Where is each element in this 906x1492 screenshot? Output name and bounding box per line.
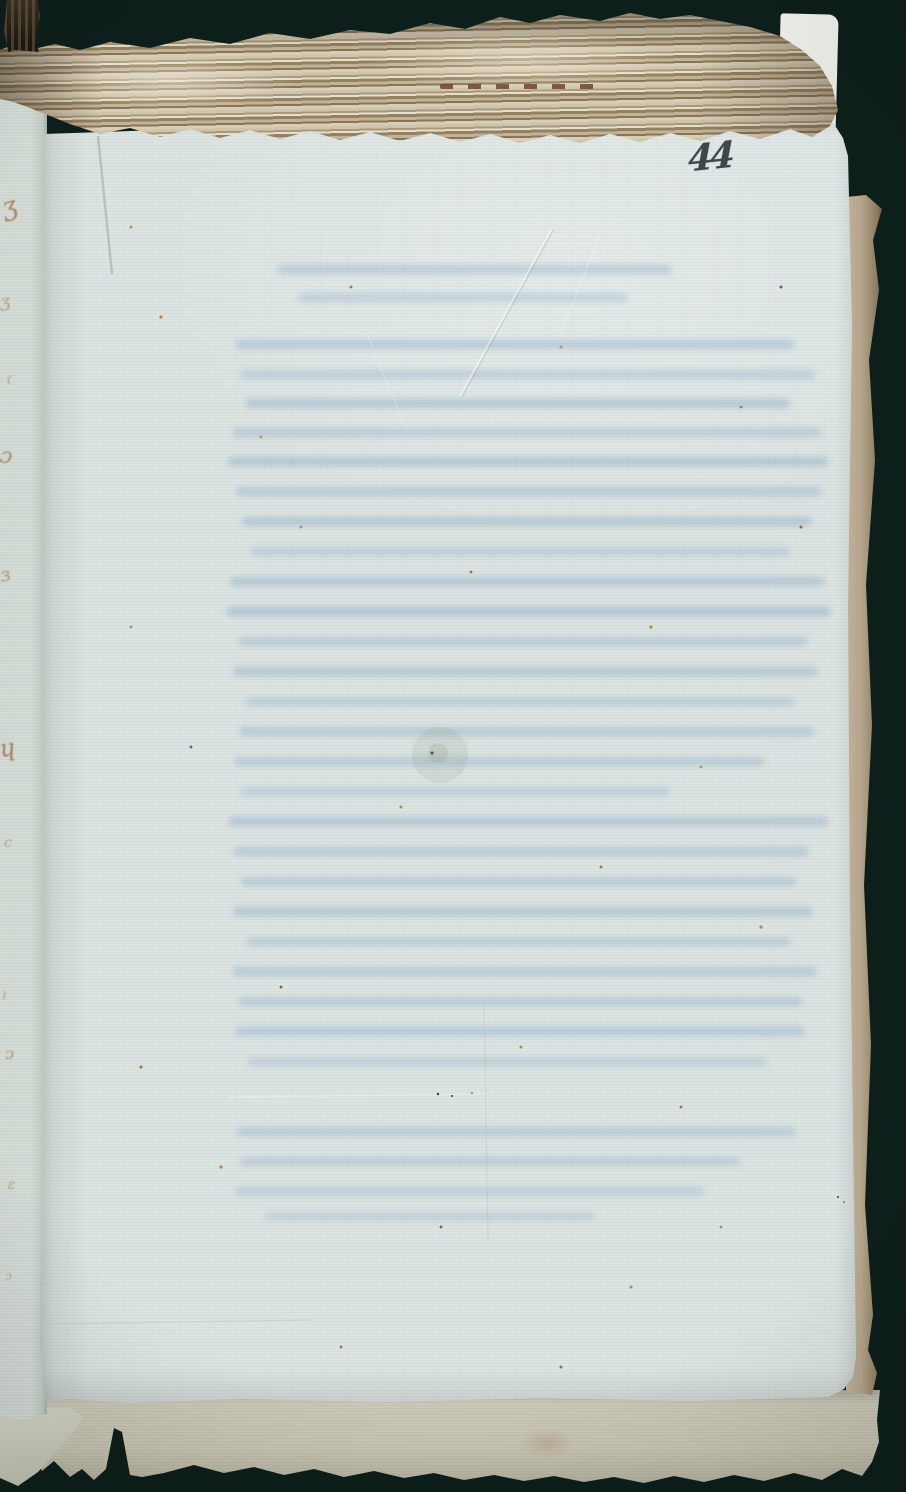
margin-ink-mark: ɜ: [0, 563, 12, 585]
bleed-line: [234, 1187, 704, 1196]
margin-ink-mark: ɔ: [4, 1046, 15, 1063]
bleed-line: [228, 817, 828, 826]
bleed-line: [233, 907, 813, 916]
bleed-line: [238, 637, 808, 646]
bleed-line: [239, 727, 814, 736]
archival-book-photograph: ʒʒɾɔɜɥcıɔɛɔ 44: [0, 0, 906, 1492]
bleed-line: [246, 937, 791, 946]
bleed-line: [245, 697, 795, 706]
crease-line: [560, 234, 600, 336]
ink-speck: [437, 1093, 439, 1095]
crease-line: [484, 1001, 488, 1241]
bleed-line: [232, 967, 817, 976]
manuscript-page: 44: [40, 106, 862, 1406]
underlying-page-left-edge: ʒʒɾɔɜɥcıɔɛɔ: [0, 90, 47, 1420]
margin-ink-mark: ɛ: [8, 1178, 16, 1192]
bleed-line: [245, 399, 790, 408]
ink-speck: [471, 1092, 473, 1094]
bleed-line: [234, 757, 764, 766]
crease-line: [48, 1320, 310, 1324]
bleed-line: [250, 547, 790, 556]
bleed-line: [235, 340, 795, 349]
scratch-line: [228, 1094, 486, 1097]
ink-speck: [837, 1196, 839, 1198]
margin-ink-mark: c: [4, 836, 12, 850]
bleed-line: [240, 787, 670, 796]
bleed-line: [233, 667, 818, 676]
stain-spot: [412, 727, 468, 783]
bleed-line: [242, 517, 812, 526]
bleed-line: [240, 370, 815, 379]
bleed-line: [241, 877, 796, 886]
margin-ink-mark: ɔ: [0, 445, 14, 469]
bleed-line: [298, 293, 628, 302]
book-top-edge-stack: [0, 6, 846, 144]
bleed-line: [238, 997, 803, 1006]
bleed-line: [240, 1157, 740, 1166]
bleed-line: [230, 577, 825, 586]
crease-line: [367, 333, 407, 433]
book-spine-fragment: [4, 0, 40, 52]
bleed-line: [235, 1027, 805, 1036]
margin-ink-mark: ɥ: [0, 735, 17, 761]
bleed-line: [226, 607, 831, 616]
laid-paper-texture: [40, 106, 862, 1406]
bleed-line: [228, 457, 828, 466]
margin-ink-mark: ı: [1, 988, 7, 1002]
crease-line: [460, 228, 552, 396]
margin-ink-mark: ʒ: [0, 293, 11, 312]
bleed-line: [234, 847, 809, 856]
margin-ink-mark: ɔ: [4, 1270, 13, 1283]
bleed-line: [247, 1057, 767, 1066]
crease-line: [462, 229, 554, 397]
folio-number: 44: [688, 134, 732, 181]
bleed-line: [232, 428, 822, 437]
bleed-line: [277, 265, 672, 274]
margin-ink-mark: ʒ: [0, 193, 20, 222]
ink-speck: [451, 1095, 453, 1097]
bleed-through-text: [40, 106, 862, 1406]
ink-speck: [843, 1201, 845, 1203]
bleed-line: [236, 487, 821, 496]
stain-spot: [428, 743, 448, 763]
bleed-line: [236, 1127, 796, 1136]
edge-red-flecks: [440, 84, 605, 89]
underlying-page-bottom-edge: [34, 1390, 880, 1486]
corner-fold-crease: [98, 136, 112, 274]
ink-speck: [431, 752, 434, 755]
creases-overlay: [40, 106, 862, 1406]
bleed-line: [265, 1212, 595, 1221]
margin-ink-mark: ɾ: [4, 372, 15, 387]
